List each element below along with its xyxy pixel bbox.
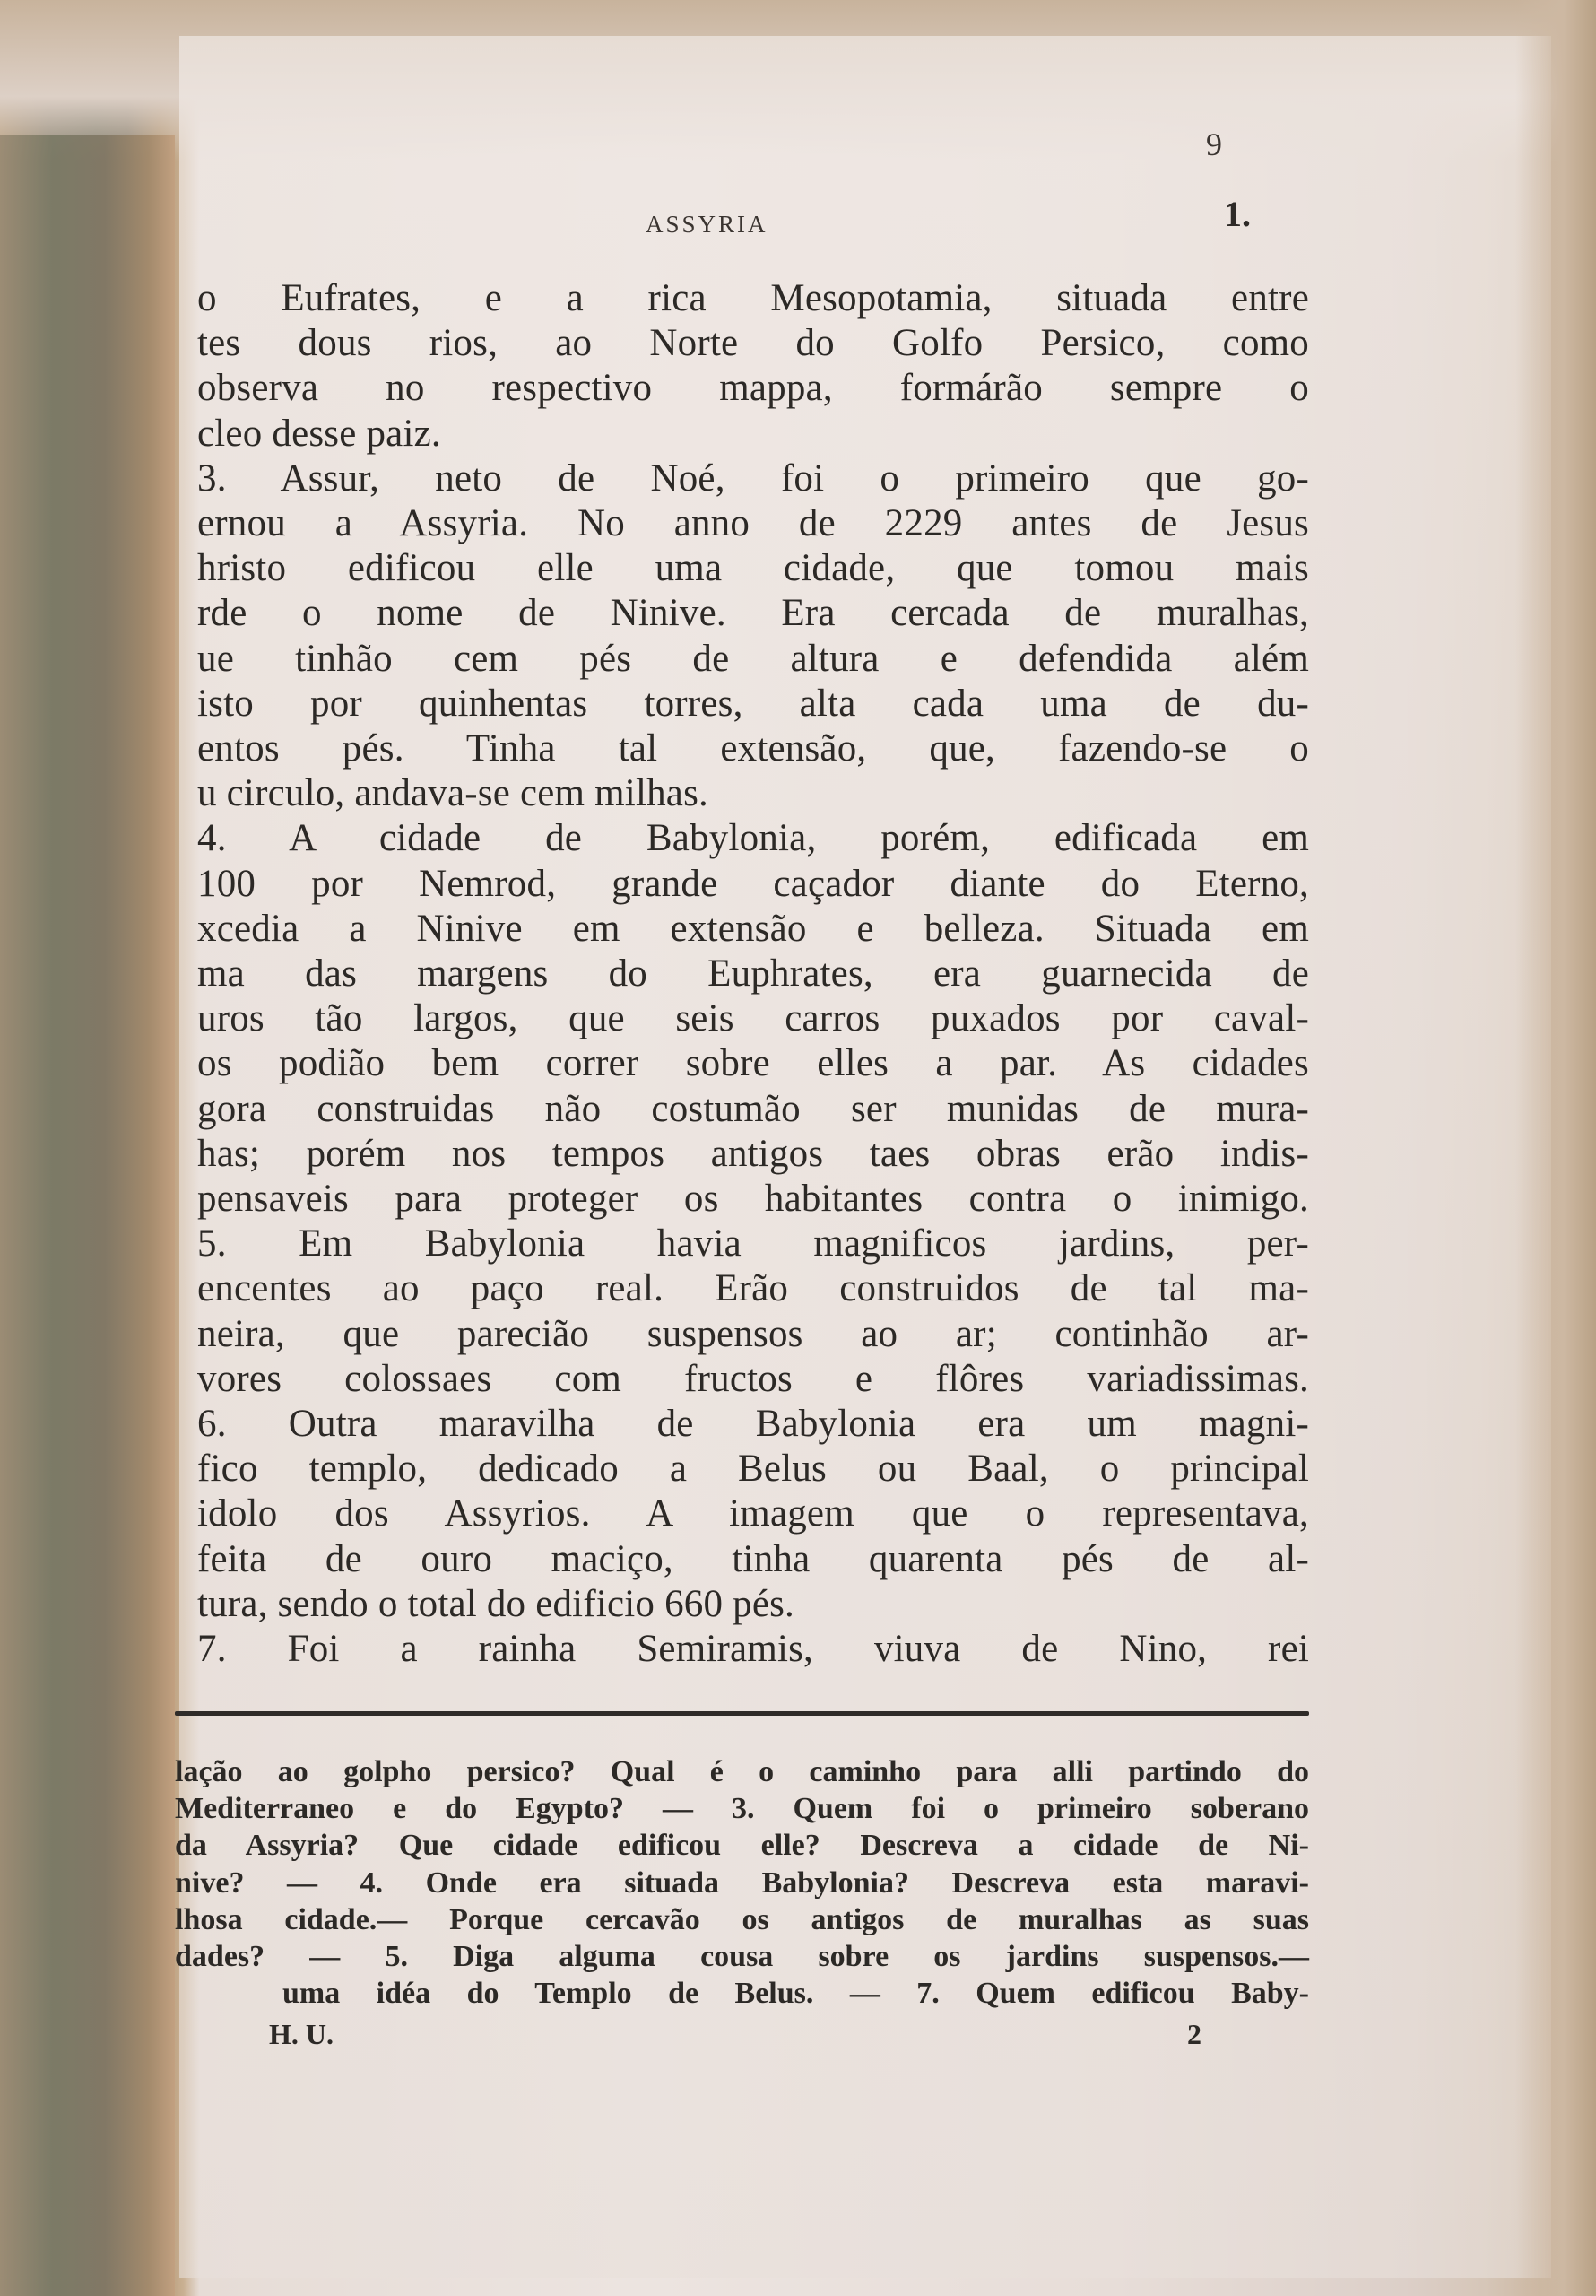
body-line: entos pés. Tinha tal extensão, que, faze… (197, 726, 1309, 771)
body-line: neira, que parecião suspensos ao ar; con… (197, 1312, 1309, 1357)
signature-mark: H. U. (269, 2018, 334, 2051)
body-line: 6. Outra maravilha de Babylonia era um m… (197, 1402, 1309, 1447)
body-line: os podião bem correr sobre elles a par. … (197, 1041, 1309, 1086)
signature-number: 2 (1187, 2018, 1201, 2051)
body-line: xcedia a Ninive em extensão e belleza. S… (197, 907, 1309, 952)
footnote-line: Mediterraneo e do Egypto? — 3. Quem foi … (175, 1790, 1309, 1827)
footnote-divider (175, 1711, 1309, 1716)
footnote-questions: lação ao golpho persico? Qual é o caminh… (175, 1753, 1309, 2012)
book-spine (0, 135, 175, 2296)
body-line: observa no respectivo mappa, formárão se… (197, 366, 1309, 411)
body-line: fico templo, dedicado a Belus ou Baal, o… (197, 1447, 1309, 1492)
body-text: o Eufrates, e a rica Mesopotamia, situad… (197, 276, 1309, 1672)
body-line: 5. Em Babylonia havia magnificos jardins… (197, 1222, 1309, 1266)
body-line: feita de ouro maciço, tinha quarenta pés… (197, 1537, 1309, 1582)
chapter-marker: 1. (1224, 193, 1251, 235)
footnote-line: lação ao golpho persico? Qual é o caminh… (175, 1753, 1309, 1790)
page-header: ASSYRIA (197, 202, 1309, 238)
body-line: vores colossaes com fructos e flôres var… (197, 1357, 1309, 1402)
body-line: encentes ao paço real. Erão construidos … (197, 1266, 1309, 1311)
footnote-line: nive? — 4. Onde era situada Babylonia? D… (175, 1865, 1309, 1901)
worn-right-edge (1515, 0, 1596, 2296)
page-number-top: 9 (1206, 126, 1222, 163)
footnote-line: dades? — 5. Diga alguma cousa sobre os j… (175, 1938, 1309, 1975)
body-line: tura, sendo o total do edificio 660 pés. (197, 1582, 1309, 1627)
footnote-line: lhosa cidade.— Porque cercavão os antigo… (175, 1901, 1309, 1938)
body-line: 3. Assur, neto de Noé, foi o primeiro qu… (197, 457, 1309, 501)
footnote-line: da Assyria? Que cidade edificou elle? De… (175, 1827, 1309, 1864)
body-line: 7. Foi a rainha Semiramis, viuva de Nino… (197, 1627, 1309, 1672)
body-line: has; porém nos tempos antigos taes obras… (197, 1132, 1309, 1177)
body-line: isto por quinhentas torres, alta cada um… (197, 682, 1309, 726)
body-line: gora construidas não costumão ser munida… (197, 1087, 1309, 1132)
body-line: idolo dos Assyrios. A imagem que o repre… (197, 1492, 1309, 1536)
body-line: tes dous rios, ao Norte do Golfo Persico… (197, 321, 1309, 366)
body-line: hristo edificou elle uma cidade, que tom… (197, 546, 1309, 591)
footnote-line: uma idéa do Templo de Belus. — 7. Quem e… (175, 1975, 1309, 2012)
page-footer: H. U. 2 (269, 2018, 1201, 2063)
body-line: ma das margens do Euphrates, era guarnec… (197, 952, 1309, 996)
body-line: ernou a Assyria. No anno de 2229 antes d… (197, 501, 1309, 546)
body-line: 4. A cidade de Babylonia, porém, edifica… (197, 816, 1309, 861)
body-line: cleo desse paiz. (197, 412, 1309, 457)
body-line: pensaveis para proteger os habitantes co… (197, 1177, 1309, 1222)
body-line: uros tão largos, que seis carros puxados… (197, 996, 1309, 1041)
body-line: u circulo, andava-se cem milhas. (197, 771, 1309, 816)
body-line: ue tinhão cem pés de altura e defendida … (197, 637, 1309, 682)
body-line: 100 por Nemrod, grande caçador diante do… (197, 862, 1309, 907)
running-title: ASSYRIA (646, 211, 768, 239)
body-line: rde o nome de Ninive. Era cercada de mur… (197, 591, 1309, 636)
body-line: o Eufrates, e a rica Mesopotamia, situad… (197, 276, 1309, 321)
